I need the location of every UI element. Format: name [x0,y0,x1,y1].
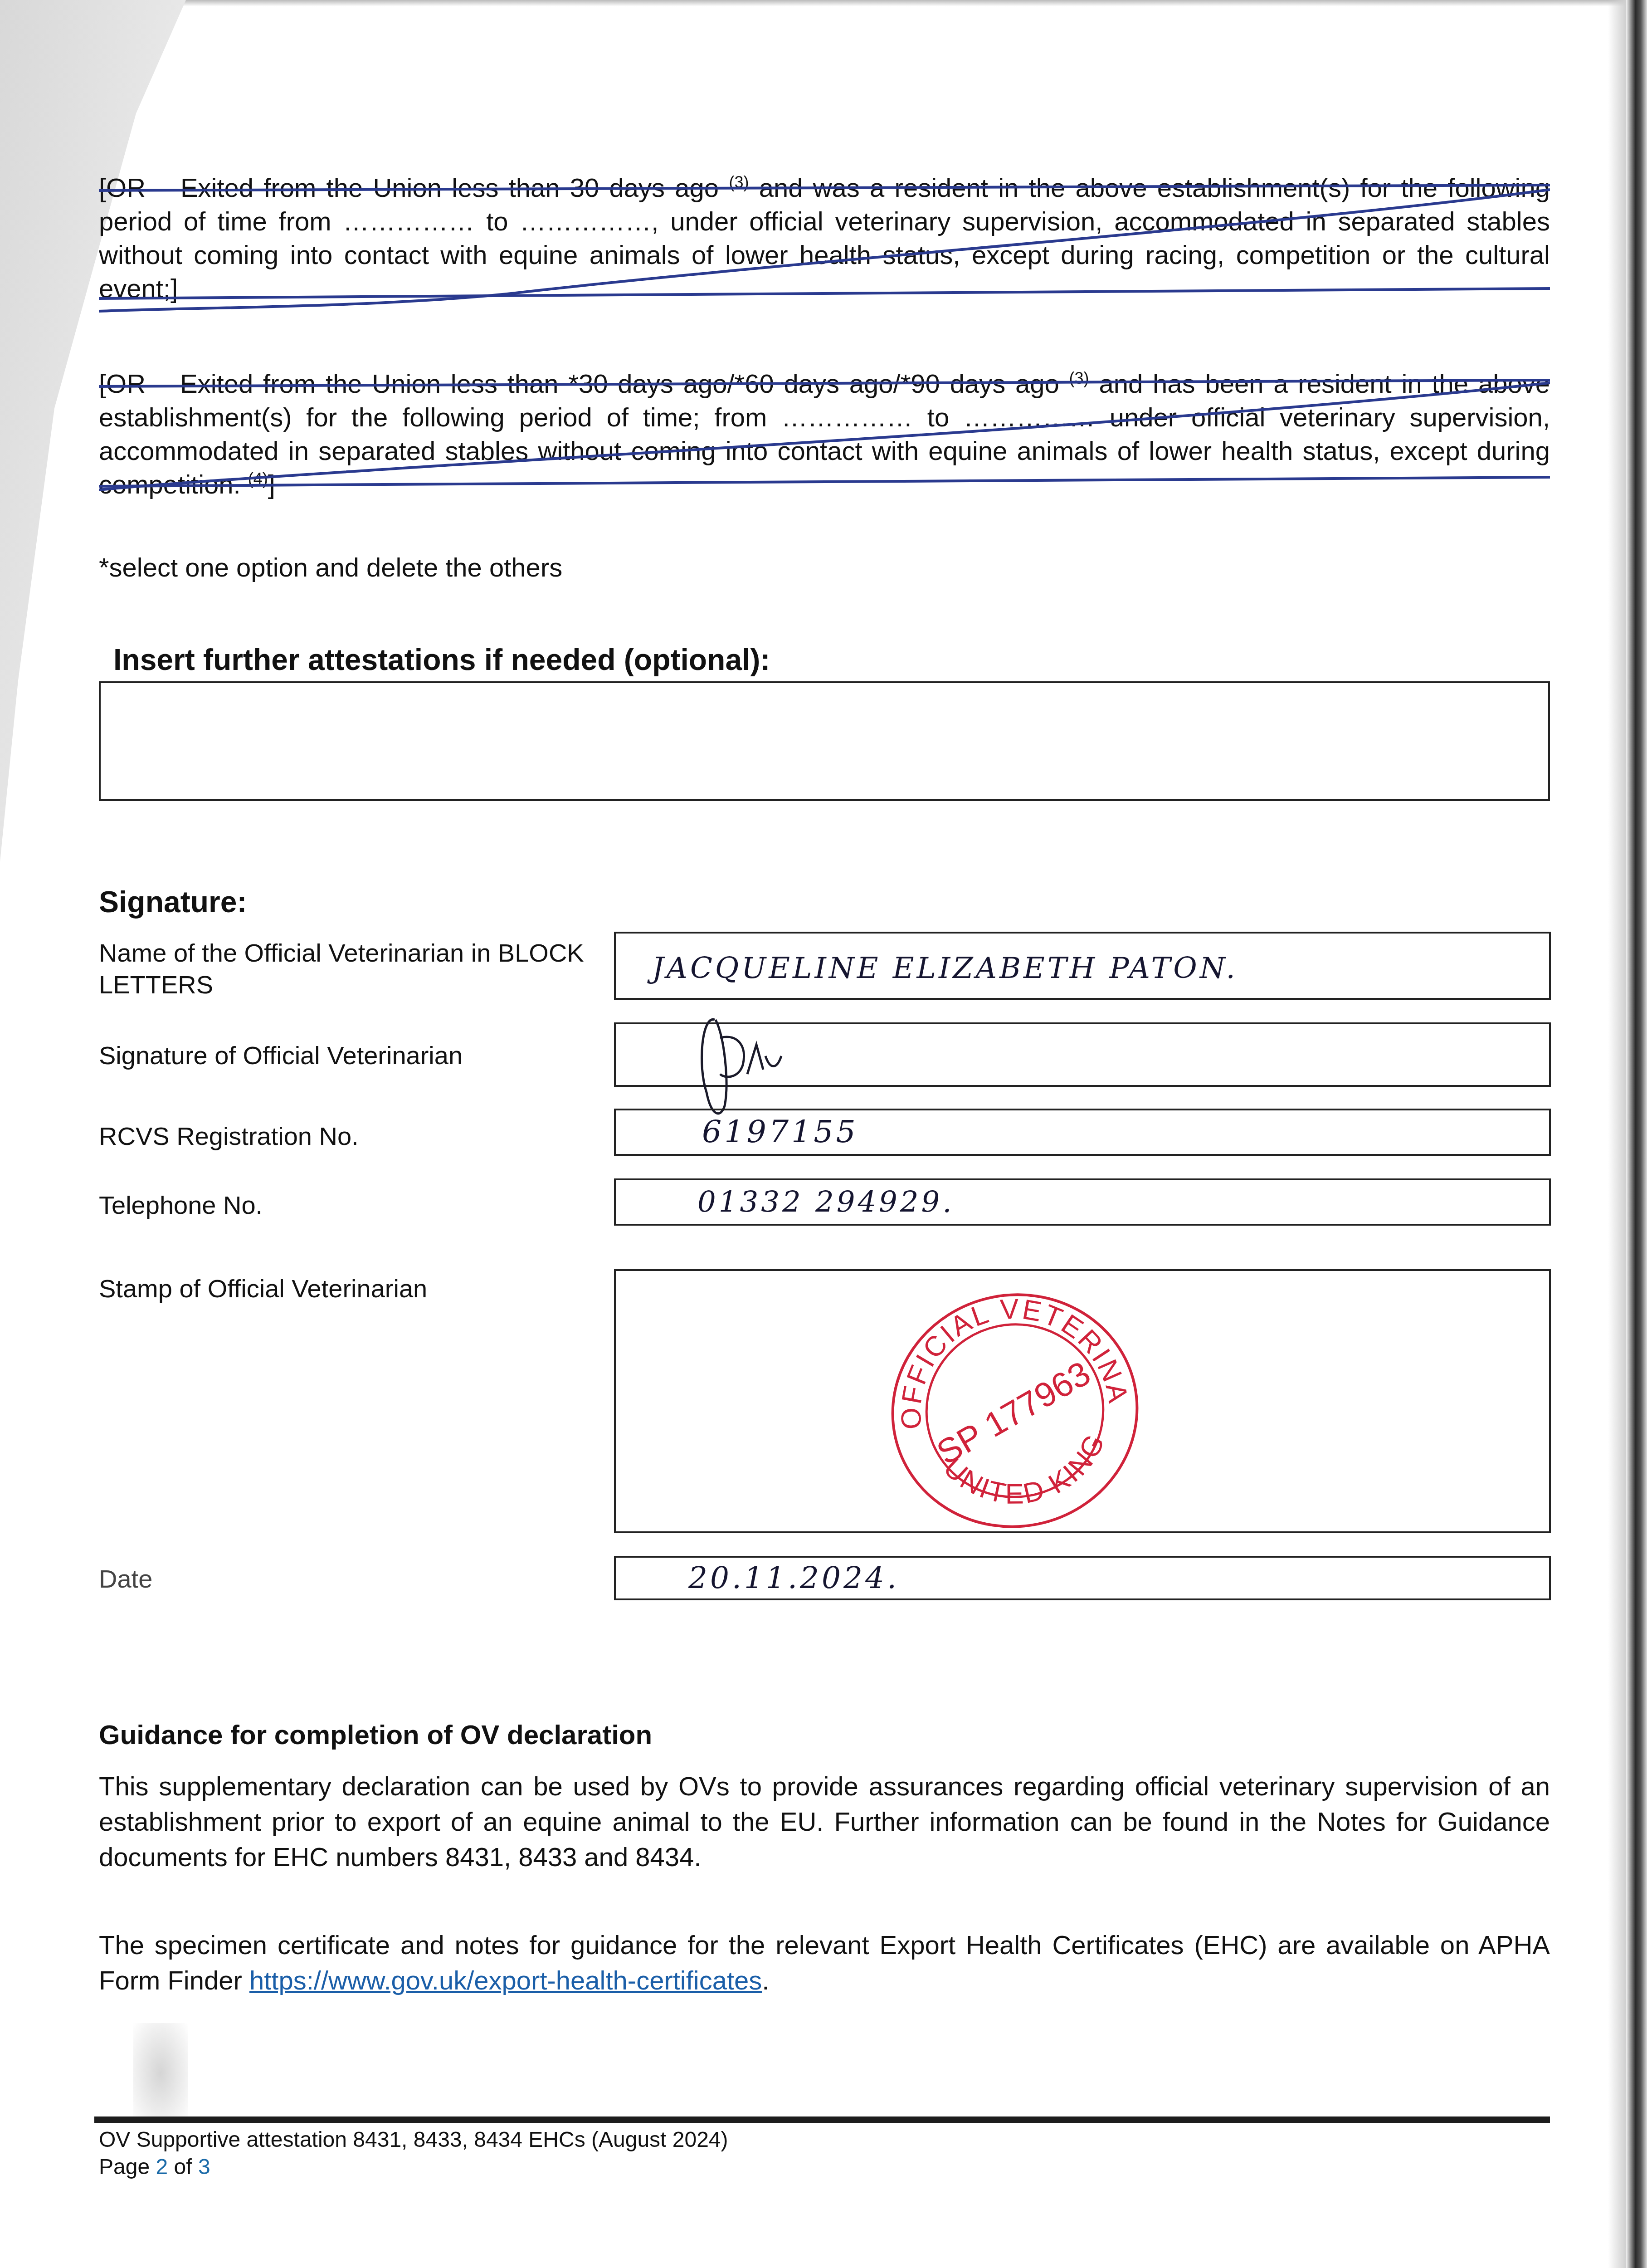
scan-right-shadow [1608,0,1626,2268]
ov-signature-label: Signature of Official Veterinarian [99,1040,598,1071]
handwritten-signature-icon [697,1002,879,1119]
stamp-label: Stamp of Official Veterinarian [99,1273,598,1305]
scan-top-shadow [0,0,1647,6]
export-health-certificates-link[interactable]: https://www.gov.uk/export-health-certifi… [249,1966,762,1995]
official-veterinarian-stamp: OFFICIAL VETERINARIAN UNITED KINGDOM SP … [879,1279,1151,1533]
select-option-note: *select one option and delete the others [99,552,562,583]
option-b-paragraph: [OR – Exited from the Union less than *3… [99,367,1550,502]
further-attestations-heading: Insert further attestations if needed (o… [113,642,770,677]
footer: OV Supportive attestation 8431, 8433, 84… [99,2126,728,2181]
page-indicator: Page 2 of 3 [99,2154,728,2181]
footer-title: OV Supportive attestation 8431, 8433, 84… [99,2126,728,2154]
page-total: 3 [198,2155,210,2179]
footer-rule [94,2116,1550,2123]
ov-signature-field[interactable]: JPa [614,1022,1551,1087]
option-a-text: [OR – Exited from the Union less than 30… [99,173,1550,303]
option-a-paragraph: [OR – Exited from the Union less than 30… [99,171,1550,306]
date-field[interactable]: 20.11.2024. [614,1556,1551,1600]
signature-heading: Signature: [99,885,247,919]
guidance-heading: Guidance for completion of OV declaratio… [99,1719,652,1750]
rcvs-label: RCVS Registration No. [99,1120,598,1152]
telephone-field[interactable]: 01332 294929. [614,1178,1551,1226]
guidance-paragraph-1: This supplementary declaration can be us… [99,1769,1550,1875]
rcvs-handwritten: 6197155 [702,1114,858,1150]
ov-name-field[interactable]: JACQUELINE ELIZABETH PATON. [614,932,1551,1000]
rcvs-field[interactable]: 6197155 [614,1109,1551,1156]
telephone-handwritten: 01332 294929. [697,1186,955,1219]
ov-name-label: Name of the Official Veterinarian in BLO… [99,937,598,1001]
guidance-paragraph-2: The specimen certificate and notes for g… [99,1928,1550,1999]
option-b-text: [OR – Exited from the Union less than *3… [99,369,1550,499]
scan-smudge [133,2023,188,2123]
date-label: Date [99,1563,598,1595]
further-attestations-input[interactable] [99,681,1550,801]
scan-right-edge [1626,0,1647,2268]
ov-name-handwritten: JACQUELINE ELIZABETH PATON. [652,952,1238,985]
page-current: 2 [156,2155,168,2179]
telephone-label: Telephone No. [99,1189,598,1221]
date-handwritten: 20.11.2024. [688,1560,899,1595]
